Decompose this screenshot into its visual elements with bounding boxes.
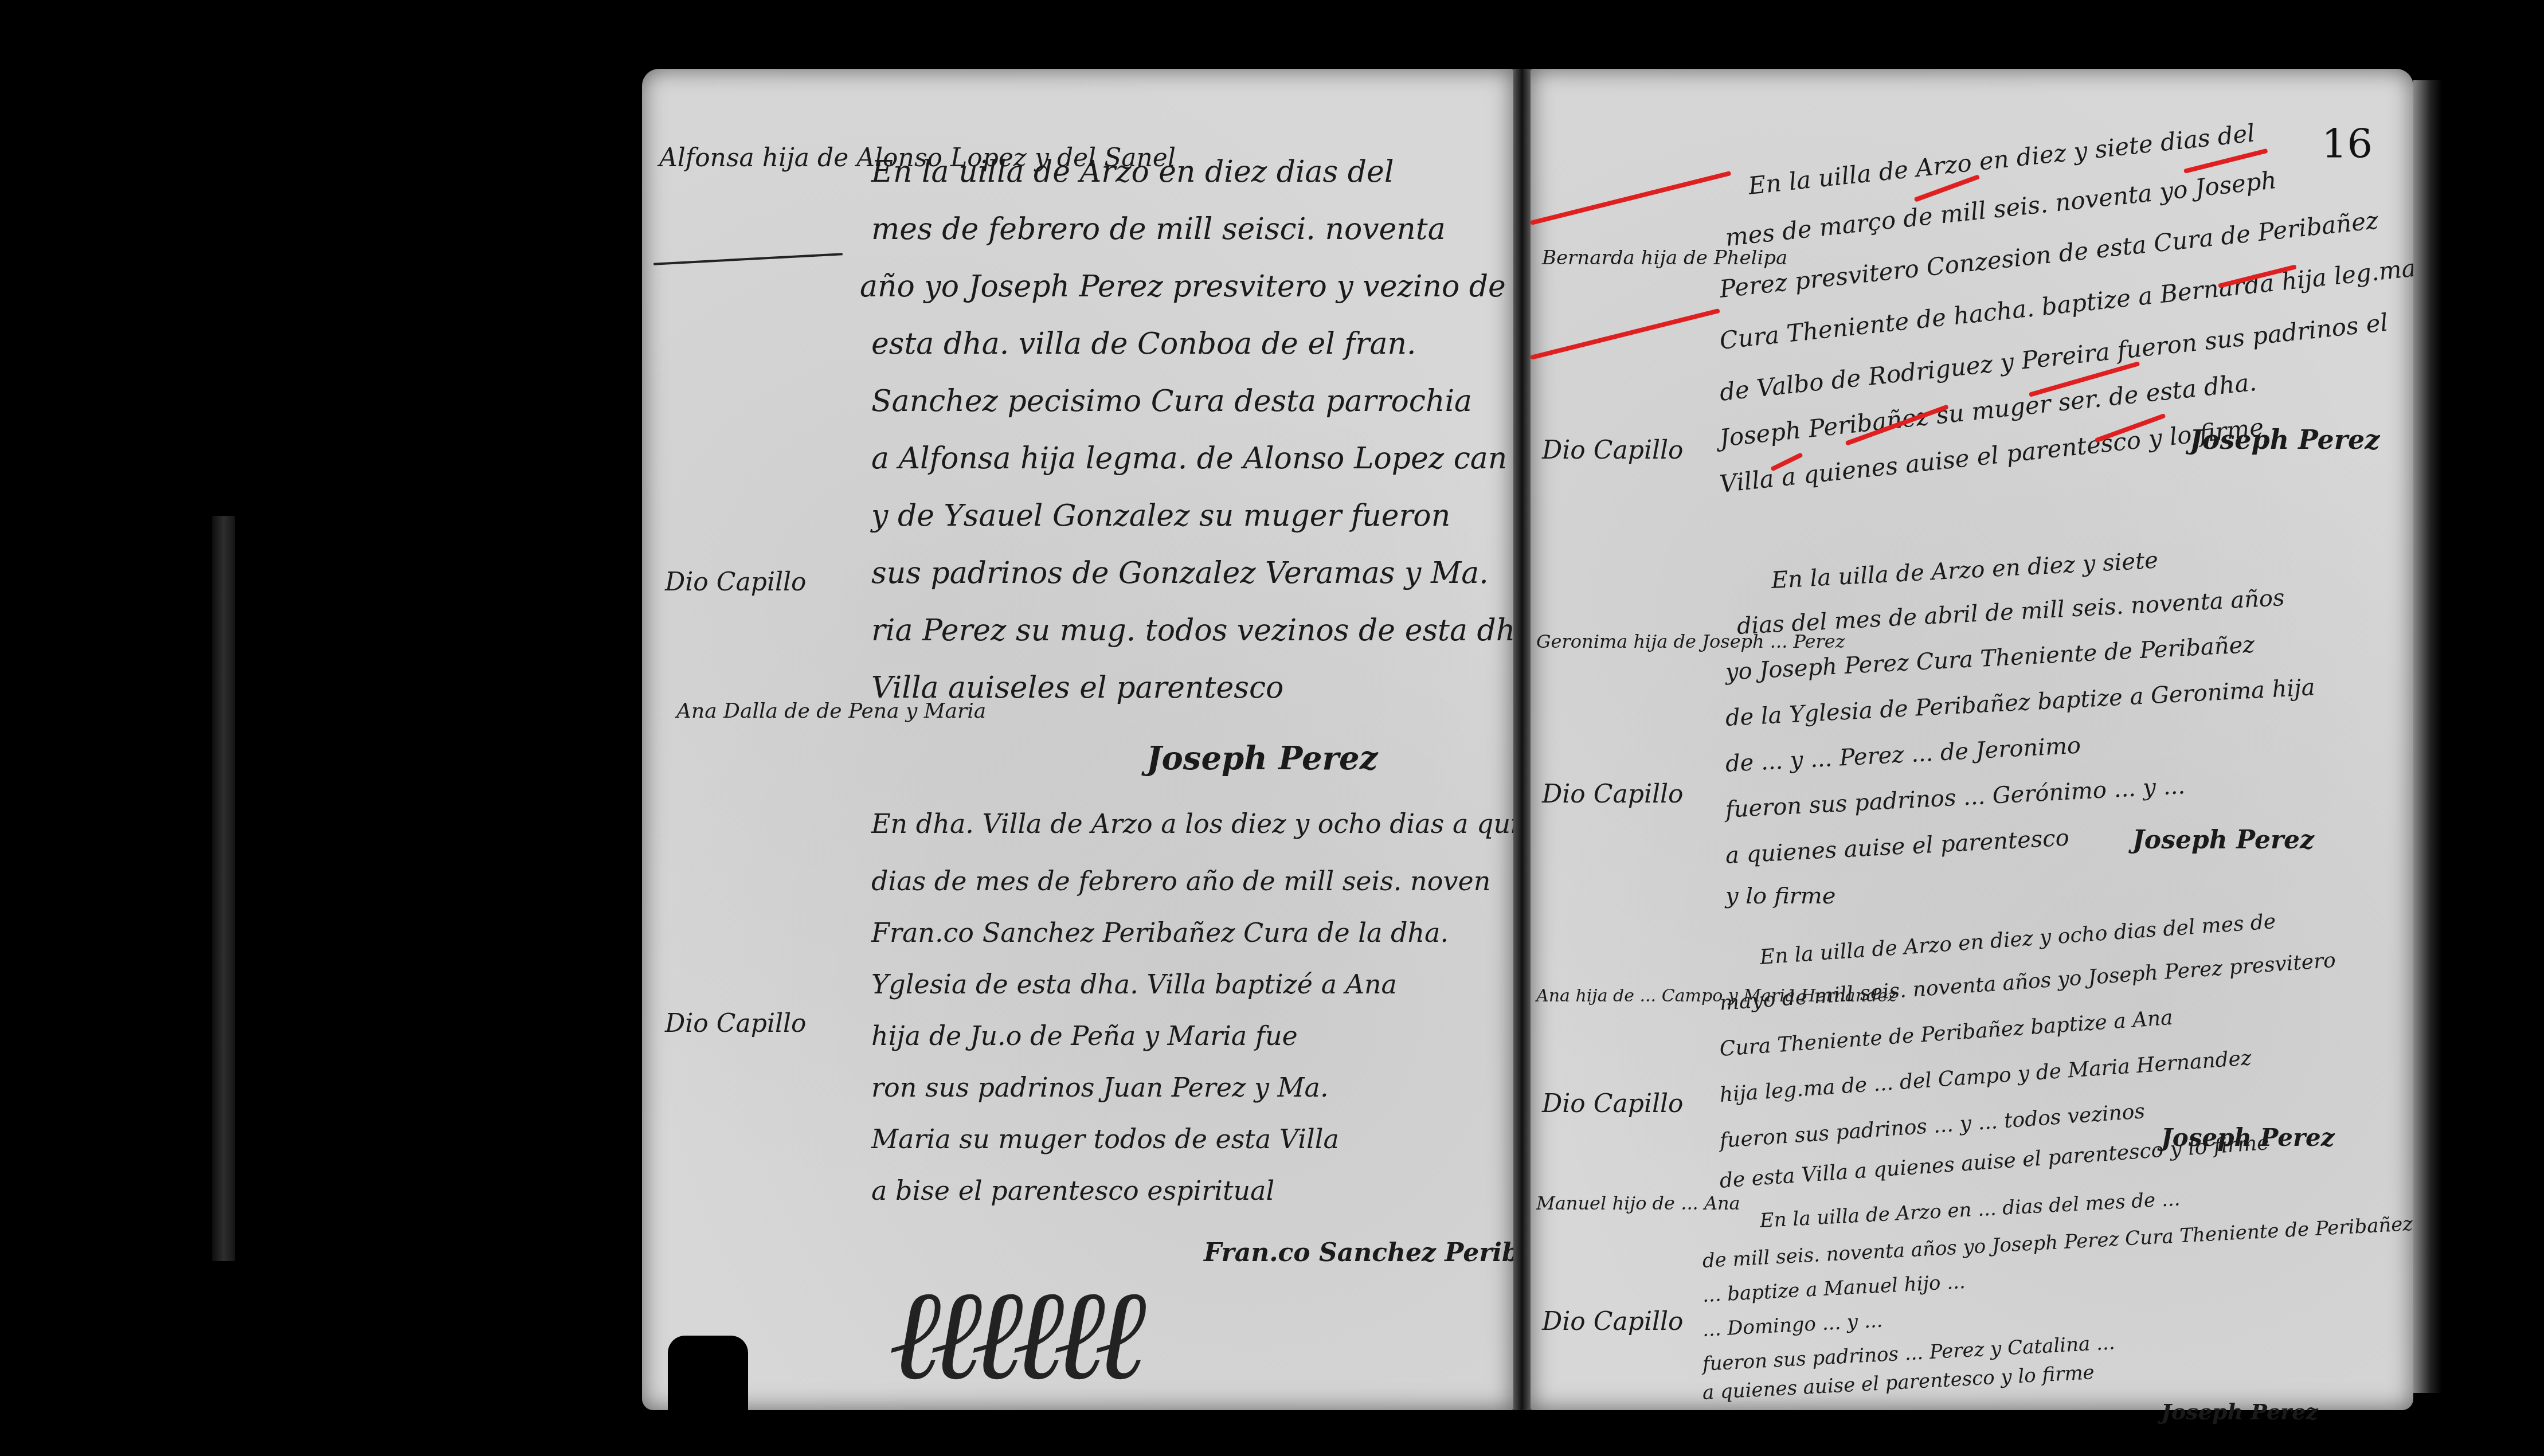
entry-line: ... baptize a Manuel hijo ... bbox=[1702, 1270, 1966, 1307]
entry-line: mes de febrero de mill seisci. noventa bbox=[871, 212, 1446, 246]
scanner-clamp bbox=[668, 1336, 748, 1456]
signature: Joseph Perez bbox=[1146, 739, 1378, 777]
entry-line: En la uilla de Arzo en ... dias del mes … bbox=[1759, 1188, 2181, 1232]
entry-line: a bise el parentesco espiritual bbox=[871, 1175, 1274, 1206]
margin-rule bbox=[653, 253, 843, 265]
red-underline-mark bbox=[1530, 308, 1720, 360]
entry-line: hija de Ju.o de Peña y Maria fue bbox=[871, 1020, 1298, 1051]
signature: Joseph Perez bbox=[2190, 424, 2379, 455]
entry-line: fueron sus padrinos ... Gerónimo ... y .… bbox=[1725, 773, 2186, 823]
entry-line: esta dha. villa de Conboa de el fran. bbox=[871, 327, 1416, 361]
entry-line: Sanchez pecisimo Cura desta parrochia bbox=[871, 384, 1472, 418]
scanner-edge-strip bbox=[212, 516, 235, 1261]
entry-line: y lo firme bbox=[1725, 883, 1835, 909]
red-underline-mark bbox=[1530, 171, 1731, 225]
margin-note: Dio Capillo bbox=[665, 1009, 807, 1038]
entry-line: ron sus padrinos Juan Perez y Ma. bbox=[871, 1072, 1329, 1103]
right-page: 16 Bernarda hija de Phelipa Dio Capillo … bbox=[1531, 69, 2413, 1410]
entry-line: Cura Theniente de Peribañez baptize a An… bbox=[1719, 1006, 2174, 1061]
entry-line: y de Ysauel Gonzalez su muger fueron bbox=[871, 499, 1450, 533]
entry-line: Yglesia de esta dha. Villa baptizé a Ana bbox=[871, 969, 1397, 1000]
decorative-flourish: ℓℓℓℓℓℓ bbox=[889, 1261, 1135, 1408]
entry-line: ria Perez su mug. todos vezinos de esta … bbox=[871, 613, 1543, 648]
page-number: 16 bbox=[2322, 120, 2373, 167]
entry-line: En dha. Villa de Arzo a los diez y ocho … bbox=[871, 808, 1565, 839]
margin-note: Dio Capillo bbox=[1542, 1089, 1684, 1118]
entry-line: año yo Joseph Perez presvitero y vezino … bbox=[860, 269, 1506, 304]
entry-line: Villa auiseles el parentesco bbox=[871, 671, 1283, 705]
entry-line: En la uilla de Arzo en diez dias del bbox=[871, 155, 1394, 189]
open-register-book: Alfonsa hija de Alonso Lopez y del Sanel… bbox=[631, 46, 2442, 1410]
page-edges bbox=[2413, 80, 2442, 1393]
entry-line: a quienes auise el parentesco bbox=[1725, 825, 2070, 869]
entry-line: ... Domingo ... y ... bbox=[1702, 1309, 1883, 1341]
entry-line: dias del mes de abril de mill seis. nove… bbox=[1736, 585, 2285, 640]
margin-note: Dio Capillo bbox=[1542, 780, 1684, 809]
signature: Joseph Perez bbox=[2132, 825, 2314, 855]
margin-note: Dio Capillo bbox=[1542, 436, 1684, 465]
margin-note: Dio Capillo bbox=[1542, 1307, 1684, 1336]
entry-line: En la uilla de Arzo en diez y siete bbox=[1771, 547, 2159, 594]
entry-line: a Alfonsa hija legma. de Alonso Lopez ca… bbox=[871, 441, 1507, 476]
signature: Joseph Perez bbox=[2161, 1399, 2318, 1424]
entry-line: de la Yglesia de Peribañez baptize a Ger… bbox=[1725, 674, 2316, 731]
margin-note: Bernarda hija de Phelipa bbox=[1542, 246, 1787, 269]
entry-line: dias de mes de febrero año de mill seis.… bbox=[871, 866, 1490, 897]
signature: Joseph Perez bbox=[2161, 1124, 2335, 1152]
entry-line: de ... y ... Perez ... de Jeronimo bbox=[1725, 733, 2081, 777]
left-page: Alfonsa hija de Alonso Lopez y del Sanel… bbox=[642, 69, 1513, 1410]
margin-note: Dio Capillo bbox=[665, 567, 807, 597]
entry-line: Maria su muger todos de esta Villa bbox=[871, 1124, 1339, 1154]
entry-line: Fran.co Sanchez Peribañez Cura de la dha… bbox=[871, 917, 1449, 948]
entry-line: sus padrinos de Gonzalez Veramas y Ma. bbox=[871, 556, 1489, 590]
book-gutter bbox=[1513, 69, 1531, 1410]
margin-note: Manuel hijo de ... Ana bbox=[1536, 1192, 1740, 1214]
